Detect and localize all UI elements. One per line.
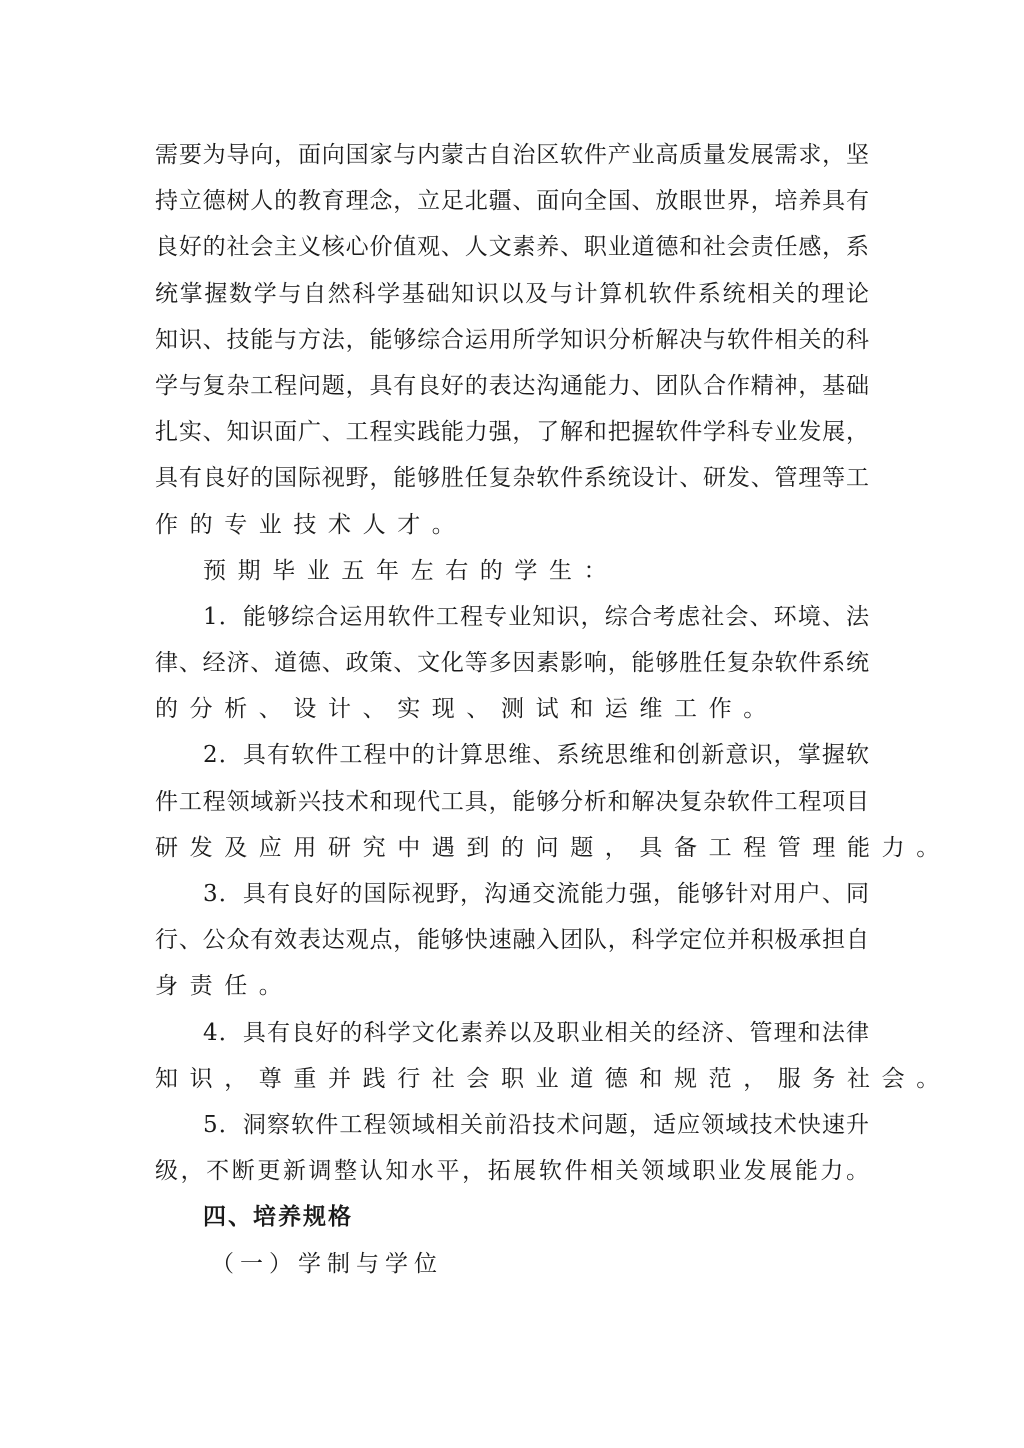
text-line: 具有良好的国际视野，能够胜任复杂软件系统设计、研发、管理等工	[155, 455, 869, 501]
text-line: 5．洞察软件工程领域相关前沿技术问题，适应领域技术快速升	[155, 1102, 869, 1148]
goal-item-4: 4．具有良好的科学文化素养以及职业相关的经济、管理和法律 知识，尊重并践行社会职…	[155, 1010, 869, 1102]
text-line: 知识、技能与方法，能够综合运用所学知识分析解决与软件相关的科	[155, 317, 869, 363]
text-line: 2．具有软件工程中的计算思维、系统思维和创新意识，掌握软	[155, 732, 869, 778]
goal-item-1: 1．能够综合运用软件工程专业知识，综合考虑社会、环境、法 律、经济、道德、政策、…	[155, 594, 869, 733]
text-line: 4．具有良好的科学文化素养以及职业相关的经济、管理和法律	[155, 1010, 869, 1056]
text-line: 统掌握数学与自然科学基础知识以及与计算机软件系统相关的理论	[155, 271, 869, 317]
text-line: 学与复杂工程问题，具有良好的表达沟通能力、团队合作精神，基础	[155, 363, 869, 409]
goal-item-5: 5．洞察软件工程领域相关前沿技术问题，适应领域技术快速升 级，不断更新调整认知水…	[155, 1102, 869, 1194]
text-line: 需要为导向，面向国家与内蒙古自治区软件产业高质量发展需求，坚	[155, 132, 869, 178]
text-line: 1．能够综合运用软件工程专业知识，综合考虑社会、环境、法	[155, 594, 869, 640]
text-line: 持立德树人的教育理念，立足北疆、面向全国、放眼世界，培养具有	[155, 178, 869, 224]
text-line: 律、经济、道德、政策、文化等多因素影响，能够胜任复杂软件系统	[155, 640, 869, 686]
text-line: 的分析、设计、实现、测试和运维工作。	[155, 686, 869, 732]
text-line: 扎实、知识面广、工程实践能力强，了解和把握软件学科专业发展，	[155, 409, 869, 455]
text-line: 级，不断更新调整认知水平，拓展软件相关领域职业发展能力。	[155, 1148, 869, 1194]
subsection-heading: （一）学制与学位	[155, 1241, 869, 1287]
goal-item-3: 3．具有良好的国际视野，沟通交流能力强，能够针对用户、同 行、公众有效表达观点，…	[155, 871, 869, 1010]
text-line: 身责任。	[155, 963, 869, 1009]
text-line: 行、公众有效表达观点，能够快速融入团队，科学定位并积极承担自	[155, 917, 869, 963]
text-line: 良好的社会主义核心价值观、人文素养、职业道德和社会责任感，系	[155, 224, 869, 270]
goal-item-2: 2．具有软件工程中的计算思维、系统思维和创新意识，掌握软 件工程领域新兴技术和现…	[155, 732, 869, 871]
text-line: 件工程领域新兴技术和现代工具，能够分析和解决复杂软件工程项目	[155, 779, 869, 825]
section-heading: 四、培养规格	[155, 1194, 869, 1240]
text-line: 知识，尊重并践行社会职业道德和规范，服务社会。	[155, 1056, 869, 1102]
text-line: 研发及应用研究中遇到的问题，具备工程管理能力。	[155, 825, 869, 871]
text-line: 3．具有良好的国际视野，沟通交流能力强，能够针对用户、同	[155, 871, 869, 917]
lead-paragraph: 预期毕业五年左右的学生：	[155, 548, 869, 594]
intro-paragraph: 需要为导向，面向国家与内蒙古自治区软件产业高质量发展需求，坚 持立德树人的教育理…	[155, 132, 869, 548]
text-line: 作的专业技术人才。	[155, 502, 869, 548]
document-page: 需要为导向，面向国家与内蒙古自治区软件产业高质量发展需求，坚 持立德树人的教育理…	[155, 132, 869, 1287]
